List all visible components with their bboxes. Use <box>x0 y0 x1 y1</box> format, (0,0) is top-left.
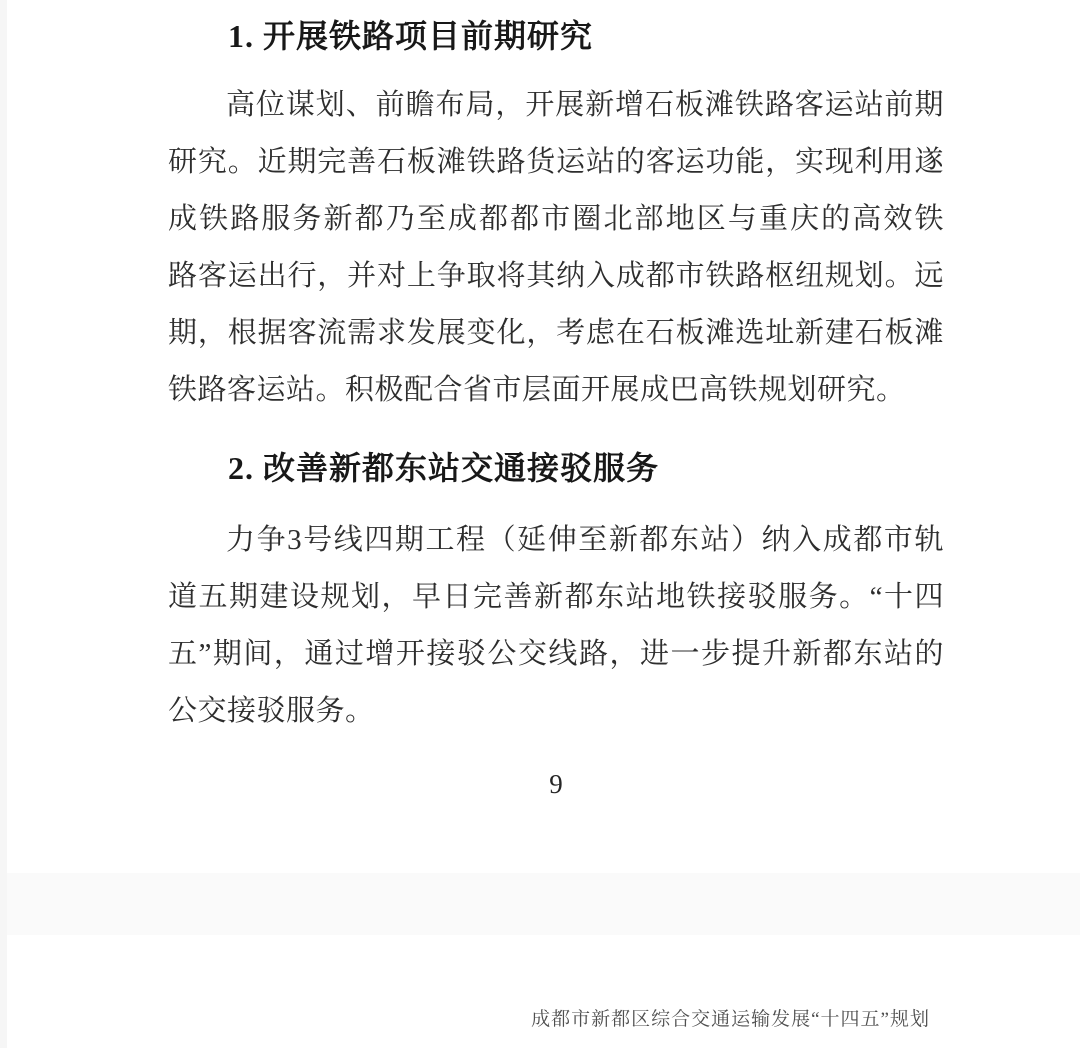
paragraph-2-line: 公交接驳服务。 <box>168 693 944 729</box>
page-left-edge <box>0 0 7 1048</box>
section-1-heading: 1. 开展铁路项目前期研究 <box>228 18 593 54</box>
paragraph-2-line: 道五期建设规划，早日完善新都东站地铁接驳服务。“十四 <box>168 579 944 615</box>
paragraph-1-line: 期，根据客流需求发展变化，考虑在石板滩选址新建石板滩 <box>168 315 944 351</box>
paragraph-1-line: 研究。近期完善石板滩铁路货运站的客运功能，实现利用遂 <box>168 144 944 180</box>
paragraph-1-line: 路客运出行，并对上争取将其纳入成都市铁路枢纽规划。远 <box>168 258 944 294</box>
paragraph-1-line: 高位谋划、前瞻布局，开展新增石板滩铁路客运站前期 <box>168 87 944 123</box>
paragraph-1-line: 铁路客运站。积极配合省市层面开展成巴高铁规划研究。 <box>168 372 944 408</box>
running-title: 成都市新都区综合交通运输发展“十四五”规划 <box>168 1008 930 1032</box>
paragraph-2-line: 五”期间，通过增开接驳公交线路，进一步提升新都东站的 <box>168 636 944 672</box>
next-page-sheet: 成都市新都区综合交通运输发展“十四五”规划 <box>0 935 1080 1048</box>
paragraph-2-line: 力争3号线四期工程（延伸至新都东站）纳入成都市轨 <box>168 522 944 558</box>
paragraph-1-line: 成铁路服务新都乃至成都都市圈北部地区与重庆的高效铁 <box>168 201 944 237</box>
page-9-sheet: 1. 开展铁路项目前期研究 高位谋划、前瞻布局，开展新增石板滩铁路客运站前期 研… <box>0 0 1080 873</box>
page-gap <box>0 873 1080 935</box>
section-2-heading: 2. 改善新都东站交通接驳服务 <box>228 450 659 486</box>
document-viewer: 1. 开展铁路项目前期研究 高位谋划、前瞻布局，开展新增石板滩铁路客运站前期 研… <box>0 0 1080 1048</box>
page-number: 9 <box>168 768 944 800</box>
